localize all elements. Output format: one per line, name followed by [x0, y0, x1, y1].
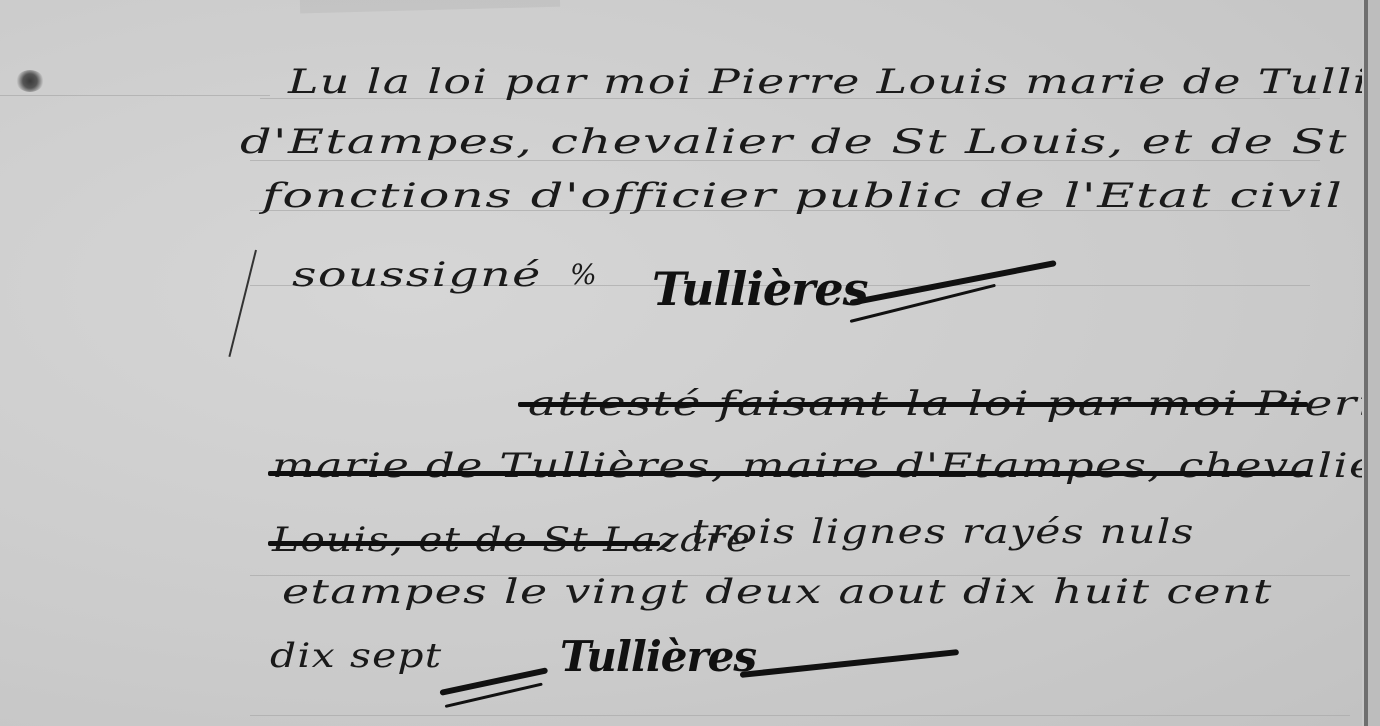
text-line-2: d'Etampes, chevalier de St Louis, et de …	[240, 122, 1362, 162]
ruled-line	[250, 715, 1350, 716]
strikethrough-1	[518, 402, 1308, 407]
text-line-1: Lu la loi par moi Pierre Louis marie de …	[288, 62, 1362, 102]
struck-line-2: marie de Tullières, maire d'Etampes, che…	[272, 446, 1362, 486]
strikethrough-2	[268, 471, 1310, 476]
ink-blot	[16, 70, 44, 92]
text-line-dix-sept: dix sept	[270, 636, 442, 676]
text-line-3: fonctions d'officier public de l'Etat ci…	[262, 176, 1343, 216]
pen-descender	[228, 250, 257, 357]
signature-2-flourish-right	[740, 649, 959, 678]
binding-margin	[1368, 0, 1380, 726]
soussigne-mark: %	[570, 258, 598, 291]
text-line-nuls: , trois lignes rayés nuls	[662, 512, 1195, 552]
ruled-line	[0, 95, 270, 96]
strikethrough-3	[268, 541, 660, 546]
signature-1: Tullières	[652, 262, 868, 316]
text-line-date: etampes le vingt deux aout dix huit cent	[282, 572, 1273, 612]
signature-2: Tullières	[560, 632, 756, 681]
signature-2-flourish-left	[439, 667, 548, 696]
text-line-4-soussigne: soussigné	[292, 255, 542, 295]
signature-1-flourish	[849, 260, 1056, 306]
scanned-page: Lu la loi par moi Pierre Louis marie de …	[0, 0, 1362, 726]
page-fold	[300, 0, 560, 13]
